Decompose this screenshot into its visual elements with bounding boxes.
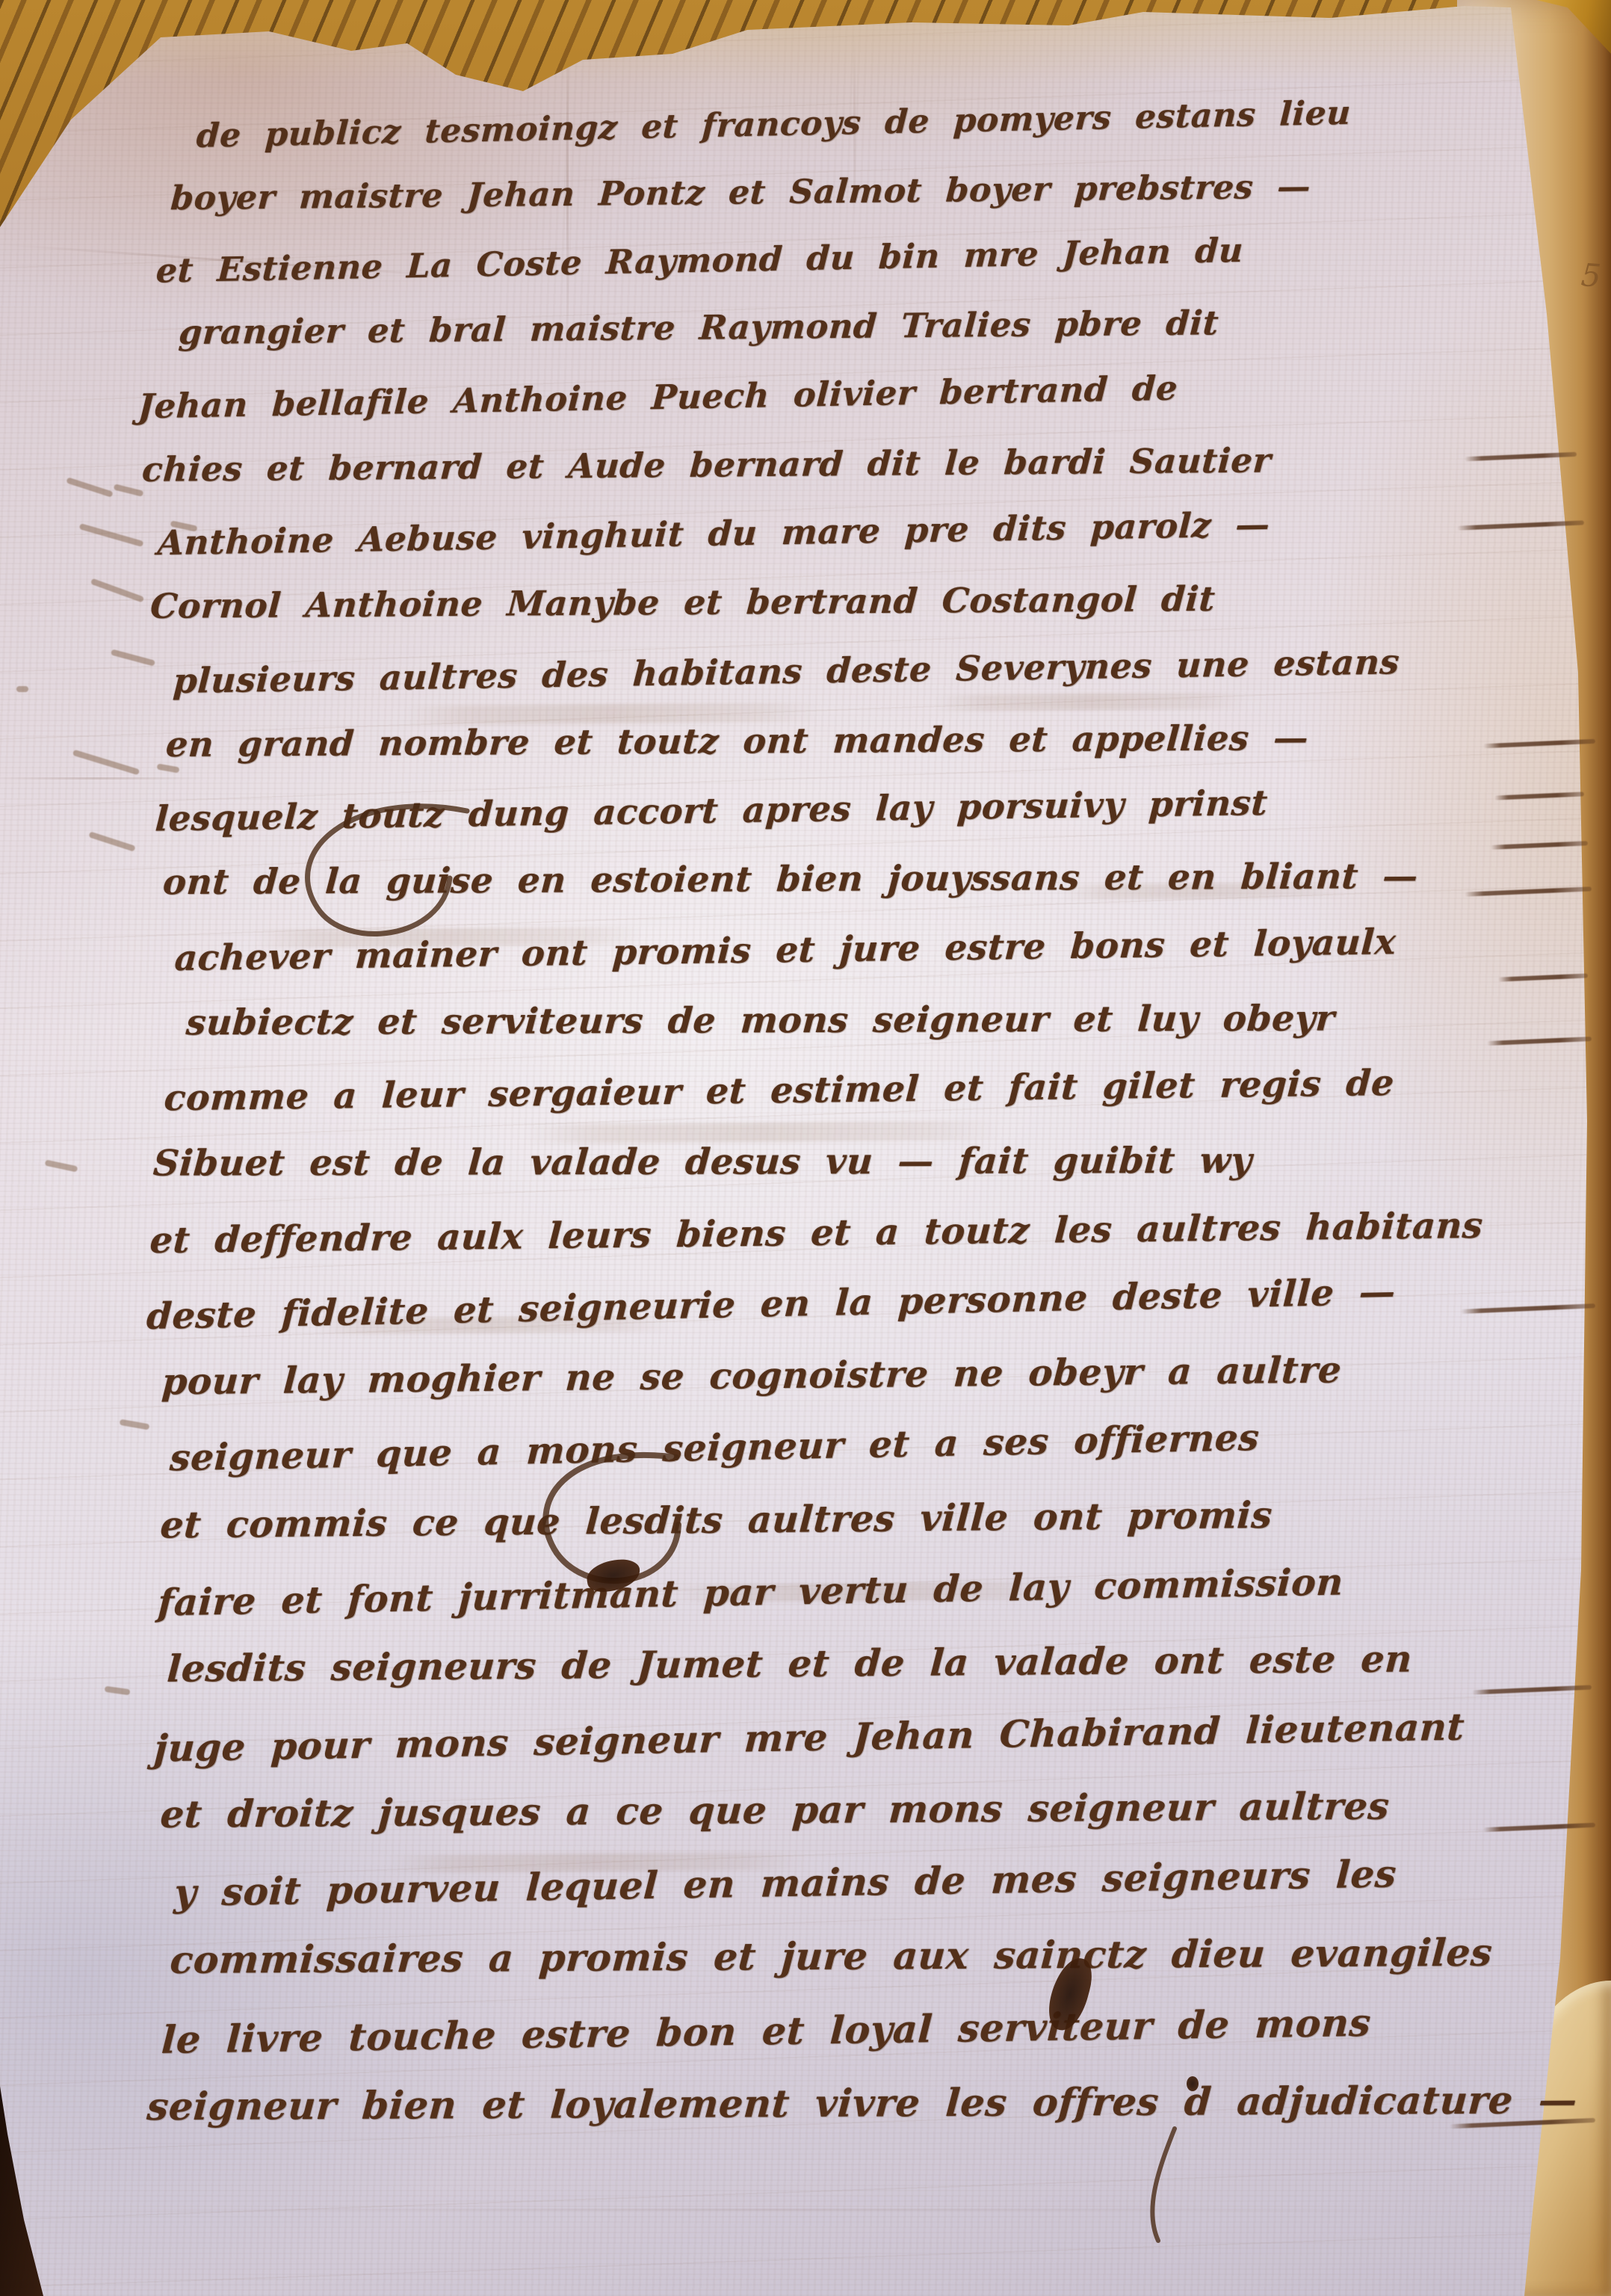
manuscript-line: et droitz jusques a ce que par mons seig… xyxy=(159,1788,1391,1833)
manuscript-line: seigneur bien et loyalement vivre les of… xyxy=(146,2082,1578,2127)
manuscript-line: achever mainer ont promis et jure estre … xyxy=(173,925,1397,976)
manuscript-line: subiectz et serviteurs de mons seigneur … xyxy=(185,1001,1336,1040)
manuscript-line: commissaires a promis et jure aux sainct… xyxy=(169,1934,1494,1980)
manuscript-line: boyer maistre Jehan Pontz et Salmot boye… xyxy=(170,170,1311,215)
manuscript-line: et Estienne La Coste Raymond du bin mre … xyxy=(155,233,1244,287)
manuscript-line: chies et bernard et Aude bernard dit le … xyxy=(141,443,1273,487)
manuscript-line: Anthoine Aebuse vinghuit du mare pre dit… xyxy=(157,507,1271,560)
photograph-of-manuscript: { "document": { "folio_number": "5", "co… xyxy=(0,0,1611,2296)
manuscript-line: lesdits seigneurs de Jumet et de la vala… xyxy=(166,1641,1413,1688)
manuscript-line: faire et font jurritmant par vertu de la… xyxy=(157,1564,1344,1621)
manuscript-line: comme a leur sergaieur et estimel et fai… xyxy=(163,1066,1395,1117)
manuscript-line: Jehan bellafile Anthoine Puech olivier b… xyxy=(137,371,1179,423)
manuscript-line: lesquelz toutz dung accort apres lay por… xyxy=(154,786,1268,836)
manuscript-line: le livre touche estre bon et loyal servi… xyxy=(161,2003,1372,2058)
manuscript-line: et commis ce que lesdits aultres ville o… xyxy=(159,1497,1273,1544)
manuscript-line: pour lay moghier ne se cognoistre ne obe… xyxy=(161,1352,1343,1401)
manuscript-line: de publicz tesmoingz et francoys de pomy… xyxy=(196,97,1352,153)
ink-speck xyxy=(1187,2076,1199,2091)
manuscript-line: y soit pourveu lequel en mains de mes se… xyxy=(173,1855,1397,1912)
manuscript-line: en grand nombre et toutz ont mandes et a… xyxy=(165,720,1310,762)
manuscript-line: Cornol Anthoine Manybe et bertrand Costa… xyxy=(149,582,1216,624)
manuscript-line: juge pour mons seigneur mre Jehan Chabir… xyxy=(153,1708,1465,1767)
manuscript-line: Sibuet est de la valade desus vu — fait … xyxy=(152,1144,1253,1182)
manuscript-line: seigneur que a mons seigneur et a ses of… xyxy=(169,1420,1261,1477)
manuscript-line: grangier et bral maistre Raymond Tralies… xyxy=(178,307,1219,351)
manuscript-line: et deffendre aulx leurs biens et a toutz… xyxy=(149,1208,1484,1259)
manuscript-line: ont de la guise en estoient bien jouyssa… xyxy=(162,860,1420,901)
manuscript-text: de publicz tesmoingz et francoys de pomy… xyxy=(0,0,1611,2296)
manuscript-line: deste fidelite et seigneurie en la perso… xyxy=(146,1274,1397,1336)
manuscript-line: plusieurs aultres des habitans deste Sev… xyxy=(173,644,1401,698)
